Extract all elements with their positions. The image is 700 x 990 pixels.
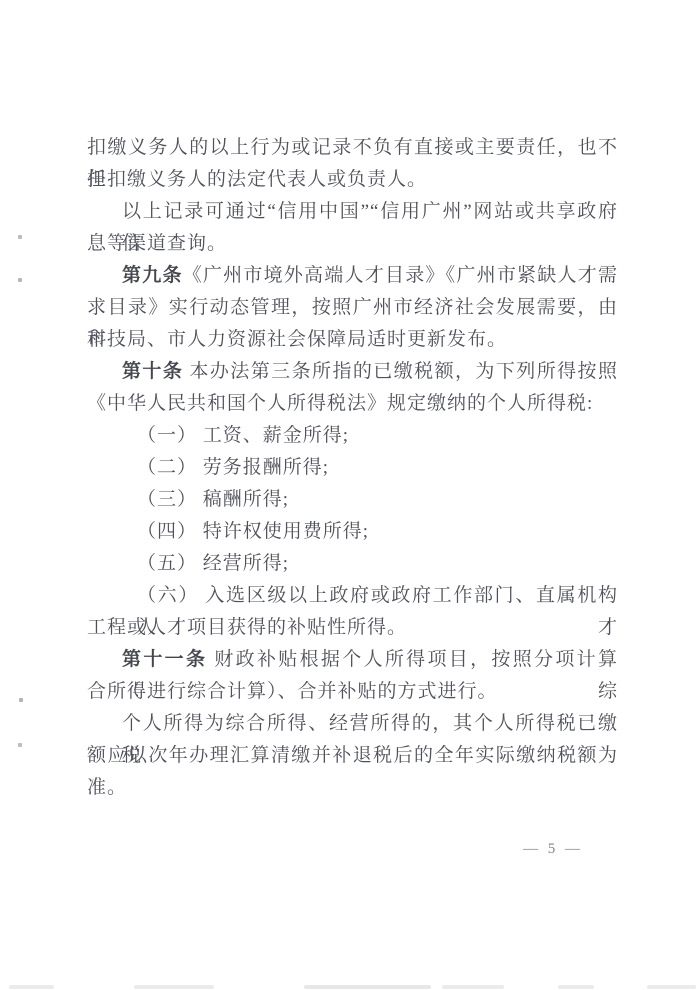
doc-line-2: 任扣缴义务人的法定代表人或负责人。: [87, 164, 618, 196]
line-text: 本办法第三条所指的已缴税额，为下列所得按照: [183, 361, 618, 382]
document-body: 扣缴义务人的以上行为或记录不负有直接或主要责任，也不担 任扣缴义务人的法定代表人…: [87, 132, 618, 804]
scanned-document-page: 扣缴义务人的以上行为或记录不负有直接或主要责任，也不担 任扣缴义务人的法定代表人…: [0, 0, 700, 990]
line-text: （一） 工资、薪金所得;: [137, 425, 349, 446]
scan-edge-artifact: [558, 985, 594, 989]
doc-line-7: 科技局、市人力资源社会保障局适时更新发布。: [87, 324, 618, 356]
line-text: 准。: [87, 777, 127, 798]
scan-edge-artifact: [304, 985, 431, 989]
article-10-label: 第十条: [122, 361, 183, 382]
doc-line-12-list-item-3: （三） 稿酬所得;: [87, 484, 618, 516]
doc-line-21: 准。: [87, 772, 618, 804]
page-number: — 5 —: [523, 841, 583, 858]
scan-edge-artifact: [442, 985, 504, 989]
line-text: 额应以次年办理汇算清缴并补退税后的全年实际缴纳税额为: [87, 745, 618, 766]
doc-line-10-list-item-1: （一） 工资、薪金所得;: [87, 420, 618, 452]
line-text: （五） 经营所得;: [137, 553, 289, 574]
doc-line-5: 第九条《广州市境外高端人才目录》《广州市紧缺人才需: [87, 260, 618, 292]
line-text: 科技局、市人力资源社会保障局适时更新发布。: [87, 329, 507, 350]
scan-speck: [18, 235, 22, 239]
doc-line-3: 以上记录可通过“信用中国”“信用广州”网站或共享政府信: [87, 196, 618, 228]
line-text: 《广州市境外高端人才目录》《广州市紧缺人才需: [183, 265, 618, 286]
article-11-label: 第十一条: [122, 649, 207, 670]
line-text: （二） 劳务报酬所得;: [137, 457, 329, 478]
doc-line-11-list-item-2: （二） 劳务报酬所得;: [87, 452, 618, 484]
doc-line-17: 第十一条 财政补贴根据个人所得项目，按照分项计算（综: [87, 644, 618, 676]
scan-edge-artifact: [134, 985, 214, 989]
article-9-label: 第九条: [122, 265, 183, 286]
doc-line-13-list-item-4: （四） 特许权使用费所得;: [87, 516, 618, 548]
doc-line-9: 《中华人民共和国个人所得税法》规定缴纳的个人所得税:: [87, 388, 618, 420]
line-text: （四） 特许权使用费所得;: [137, 521, 369, 542]
line-text: （三） 稿酬所得;: [137, 489, 289, 510]
doc-line-15-list-item-6: （六） 入选区级以上政府或政府工作部门、直属机构人才: [87, 580, 618, 612]
line-text: 任扣缴义务人的法定代表人或负责人。: [87, 169, 427, 190]
doc-line-8: 第十条 本办法第三条所指的已缴税额，为下列所得按照: [87, 356, 618, 388]
line-text: 《中华人民共和国个人所得税法》规定缴纳的个人所得税:: [87, 393, 593, 414]
line-text: 合所得进行综合计算）、合并补贴的方式进行。: [87, 681, 498, 702]
doc-line-20: 额应以次年办理汇算清缴并补退税后的全年实际缴纳税额为: [87, 740, 618, 772]
doc-line-1: 扣缴义务人的以上行为或记录不负有直接或主要责任，也不担: [87, 132, 618, 164]
doc-line-14-list-item-5: （五） 经营所得;: [87, 548, 618, 580]
scan-edge-artifact: [9, 985, 54, 989]
scan-speck: [18, 743, 22, 747]
doc-line-4: 息等渠道查询。: [87, 228, 618, 260]
doc-line-6: 求目录》实行动态管理，按照广州市经济社会发展需要，由市: [87, 292, 618, 324]
scan-edge-artifact: [647, 985, 696, 989]
scan-speck: [18, 278, 22, 282]
line-text: 工程或人才项目获得的补贴性所得。: [87, 617, 407, 638]
doc-line-19: 个人所得为综合所得、经营所得的，其个人所得税已缴税: [87, 708, 618, 740]
line-text: 息等渠道查询。: [87, 233, 227, 254]
scan-speck: [19, 698, 23, 702]
